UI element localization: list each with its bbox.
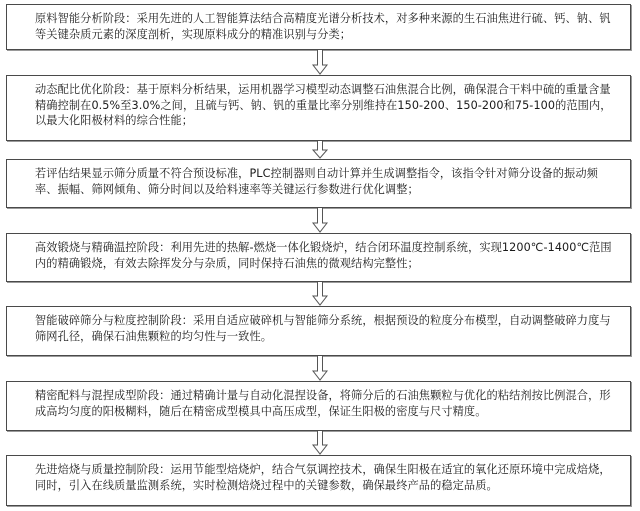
- down-arrow-icon: [311, 50, 329, 75]
- step-box-5: 智能破碎筛分与粒度控制阶段：采用自适应破碎机与智能筛分系统，根据预设的粒度分布模…: [6, 306, 631, 356]
- step-text: 先进焙烧与质量控制阶段：运用节能型焙烧炉，结合气氛调控技术，确保生阳极在适宜的氧…: [35, 463, 611, 492]
- step-box-7: 先进焙烧与质量控制阶段：运用节能型焙烧炉，结合气氛调控技术，确保生阳极在适宜的氧…: [6, 455, 631, 506]
- step-text: 动态配比优化阶段：基于原料分析结果，运用机器学习模型动态调整石油焦混合比例，确保…: [35, 83, 612, 127]
- down-arrow-icon: [311, 356, 329, 381]
- step-text: 精密配料与混捏成型阶段：通过精确计量与自动化混捏设备，将筛分后的石油焦颗粒与优化…: [35, 389, 611, 418]
- step-box-6: 精密配料与混捏成型阶段：通过精确计量与自动化混捏设备，将筛分后的石油焦颗粒与优化…: [6, 381, 631, 431]
- step-box-4: 高效锻烧与精确温控阶段：利用先进的热解-燃烧一体化锻烧炉，结合闭环温度控制系统，…: [6, 233, 631, 282]
- step-text: 原料智能分析阶段：采用先进的人工智能算法结合高精度光谱分析技术，对多种来源的生石…: [35, 12, 611, 41]
- down-arrow-icon: [311, 282, 329, 306]
- down-arrow-icon: [311, 431, 329, 455]
- step-box-2: 动态配比优化阶段：基于原料分析结果，运用机器学习模型动态调整石油焦混合比例，确保…: [6, 75, 631, 141]
- step-text: 若评估结果显示筛分质量不符合预设标准，PLC控制器则自动计算并生成调整指令，该指…: [35, 167, 598, 196]
- step-box-1: 原料智能分析阶段：采用先进的人工智能算法结合高精度光谱分析技术，对多种来源的生石…: [6, 4, 631, 50]
- step-text: 智能破碎筛分与粒度控制阶段：采用自适应破碎机与智能筛分系统，根据预设的粒度分布模…: [35, 314, 611, 343]
- step-text: 高效锻烧与精确温控阶段：利用先进的热解-燃烧一体化锻烧炉，结合闭环温度控制系统，…: [35, 241, 612, 270]
- step-box-3: 若评估结果显示筛分质量不符合预设标准，PLC控制器则自动计算并生成调整指令，该指…: [6, 159, 631, 208]
- down-arrow-icon: [311, 208, 329, 233]
- down-arrow-icon: [311, 141, 329, 159]
